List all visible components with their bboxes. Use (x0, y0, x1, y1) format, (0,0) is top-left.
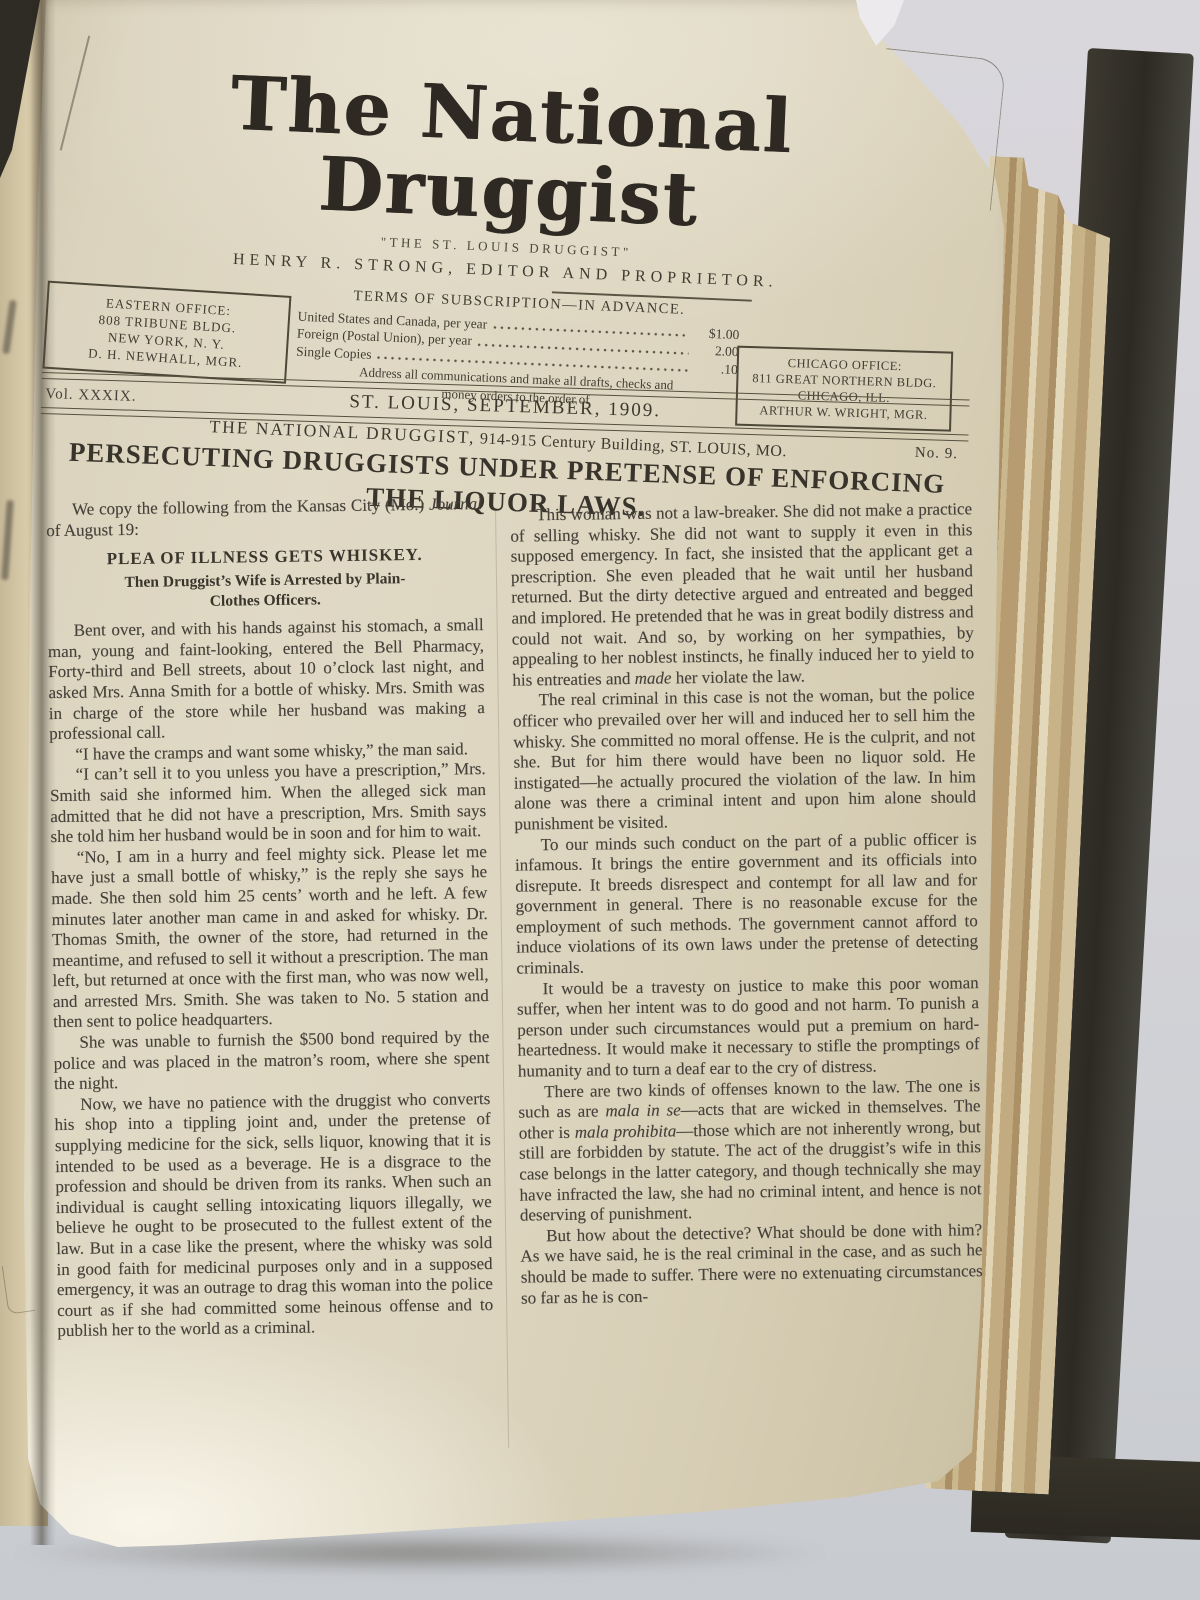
article-paragraph: There are two kinds of offenses known to… (518, 1076, 982, 1227)
subscription-label: Single Copies (296, 343, 372, 364)
article-paragraph: “I can’t sell it to you unless you have … (50, 759, 487, 847)
article-paragraph: To our minds such conduct on the part of… (515, 829, 979, 980)
article-paragraph: Now, we have no patience with the druggi… (54, 1089, 493, 1342)
left-column: We copy the following from the Kansas Ci… (46, 494, 494, 1342)
eastern-office-box: EASTERN OFFICE: 808 TRIBUNE BLDG. NEW YO… (42, 281, 291, 384)
right-column: This woman was not a law-breaker. She di… (510, 487, 984, 1335)
article-paragraph: It would be a travesty on justice to mak… (517, 973, 980, 1082)
subhead-line: Clothes Officers. (210, 591, 321, 610)
page-content: The National Druggist "THE ST. LOUIS DRU… (0, 0, 1200, 1600)
subscription-value: 2.00 (692, 342, 739, 361)
photo-of-bound-journal: The National Druggist "THE ST. LOUIS DRU… (0, 0, 1200, 1600)
article-paragraph: This woman was not a law-breaker. She di… (510, 499, 975, 691)
article-subhead: PLEA OF ILLNESS GETS WHISKEY. (47, 544, 483, 570)
article-subhead-secondary: Then Druggist’s Wife is Arrested by Plai… (47, 568, 484, 614)
article-columns: We copy the following from the Kansas Ci… (46, 487, 984, 1342)
article-paragraph: Bent over, and with his hands against hi… (48, 615, 486, 745)
masthead-title: The National Druggist (50, 58, 971, 250)
article-paragraph: She was unable to furnish the $500 bond … (53, 1027, 490, 1095)
subscription-value: .10 (692, 359, 739, 378)
article-intro: We copy the following from the Kansas Ci… (46, 494, 483, 541)
subscription-value: $1.00 (693, 324, 740, 343)
article-paragraph: But how about the detective? What should… (520, 1220, 983, 1309)
column-rule (495, 508, 509, 1448)
article-paragraph: The real criminal in this case is not th… (513, 685, 977, 836)
article-paragraph: “No, I am in a hurry and feel mighty sic… (51, 842, 490, 1033)
subhead-line: Then Druggist’s Wife is Arrested by Plai… (124, 570, 405, 591)
